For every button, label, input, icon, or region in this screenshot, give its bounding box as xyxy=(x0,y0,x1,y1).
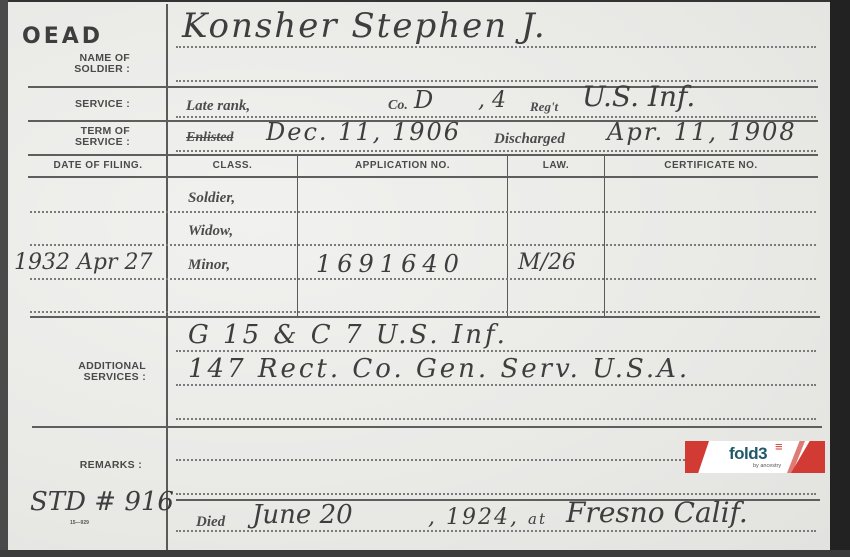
regiment-number: , 4 xyxy=(478,88,506,113)
file-mark: STD # 916 xyxy=(30,487,174,517)
death-year: , 1924, at xyxy=(428,505,547,530)
company-value: D xyxy=(414,86,433,114)
label-service: SERVICE : xyxy=(40,99,130,110)
at-label: at xyxy=(528,510,547,528)
regiment-number-value: 4 xyxy=(492,88,506,113)
class-minor: Minor, xyxy=(188,257,230,274)
additional-service-2: 147 Rect. Co. Gen. Serv. U.S.A. xyxy=(188,354,690,384)
fold3-chevron-icon: ≡ xyxy=(775,444,783,450)
col-divider-law xyxy=(604,156,605,316)
law-value: M/26 xyxy=(518,250,576,275)
soldier-name: Konsher Stephen J. xyxy=(182,6,547,46)
oead-stamp: OEAD xyxy=(22,24,103,49)
file-mark-small-print: 15—929 xyxy=(70,520,89,526)
label-term-of-service: TERM OF SERVICE : xyxy=(50,126,130,148)
header-certificate-no: CERTIFICATE NO. xyxy=(605,160,817,171)
header-class: CLASS. xyxy=(168,160,297,171)
rule-table-bottom xyxy=(30,316,820,318)
class-widow: Widow, xyxy=(188,223,233,240)
regiment-value: U.S. Inf. xyxy=(582,80,695,113)
header-application-no: APPLICATION NO. xyxy=(298,160,507,171)
dotted-addl-line-1 xyxy=(176,350,816,352)
rule-additional-bottom xyxy=(32,426,822,428)
label-remarks: REMARKS : xyxy=(40,460,142,471)
co-label: Co. xyxy=(388,98,408,114)
enlisted-label: Enlisted xyxy=(186,130,233,146)
death-place: Fresno Calif. xyxy=(566,496,748,529)
fold3-watermark[interactable]: fold3 ≡ by ancestry xyxy=(685,441,825,473)
scan-border-right xyxy=(830,0,850,557)
died-label: Died xyxy=(196,514,225,531)
label-name-of-soldier: NAME OF SOLDIER : xyxy=(50,53,130,75)
header-date-of-filing: DATE OF FILING. xyxy=(30,160,166,171)
dotted-addl-line-2 xyxy=(176,384,816,386)
scan-border-left xyxy=(0,0,8,557)
col-divider-class xyxy=(297,156,298,316)
death-year-value: 1924 xyxy=(446,505,510,530)
discharged-label: Discharged xyxy=(494,131,565,148)
scan-border-bottom xyxy=(0,550,850,557)
scanned-document: OEAD NAME OF SOLDIER : SERVICE : TERM OF… xyxy=(0,0,850,557)
dotted-name-line-2 xyxy=(176,80,816,82)
application-number: 1691640 xyxy=(316,250,465,278)
header-law: LAW. xyxy=(508,160,604,171)
rule-term-bottom xyxy=(28,154,818,156)
dotted-died-line xyxy=(176,530,816,532)
enlisted-date: Dec. 11, 1906 xyxy=(266,118,461,146)
watermark-red-stripe-left xyxy=(685,441,709,473)
col-divider-application xyxy=(507,156,508,316)
dotted-addl-line-3 xyxy=(176,418,816,420)
dotted-row-1 xyxy=(30,211,816,213)
label-additional-services: ADDITIONAL SERVICES : xyxy=(40,361,146,383)
late-rank-label: Late rank, xyxy=(186,98,250,115)
class-soldier: Soldier, xyxy=(188,190,235,207)
fold3-logo-text: fold3 xyxy=(729,444,767,464)
dotted-row-3 xyxy=(30,278,816,280)
death-date: June 20 xyxy=(252,500,353,530)
discharged-date: Apr. 11, 1908 xyxy=(607,118,797,146)
filing-date: 1932 Apr 27 xyxy=(14,250,152,275)
dotted-remarks-line-2 xyxy=(176,493,816,495)
fold3-tagline: by ancestry xyxy=(753,463,781,469)
rule-header-bottom xyxy=(28,176,818,178)
dotted-row-2 xyxy=(30,244,816,246)
regt-label: Reg't xyxy=(530,99,558,115)
additional-service-1: G 15 & C 7 U.S. Inf. xyxy=(188,320,508,350)
dotted-name-line-1 xyxy=(176,46,816,48)
dotted-term-line xyxy=(176,150,816,152)
dotted-row-4 xyxy=(30,311,816,313)
